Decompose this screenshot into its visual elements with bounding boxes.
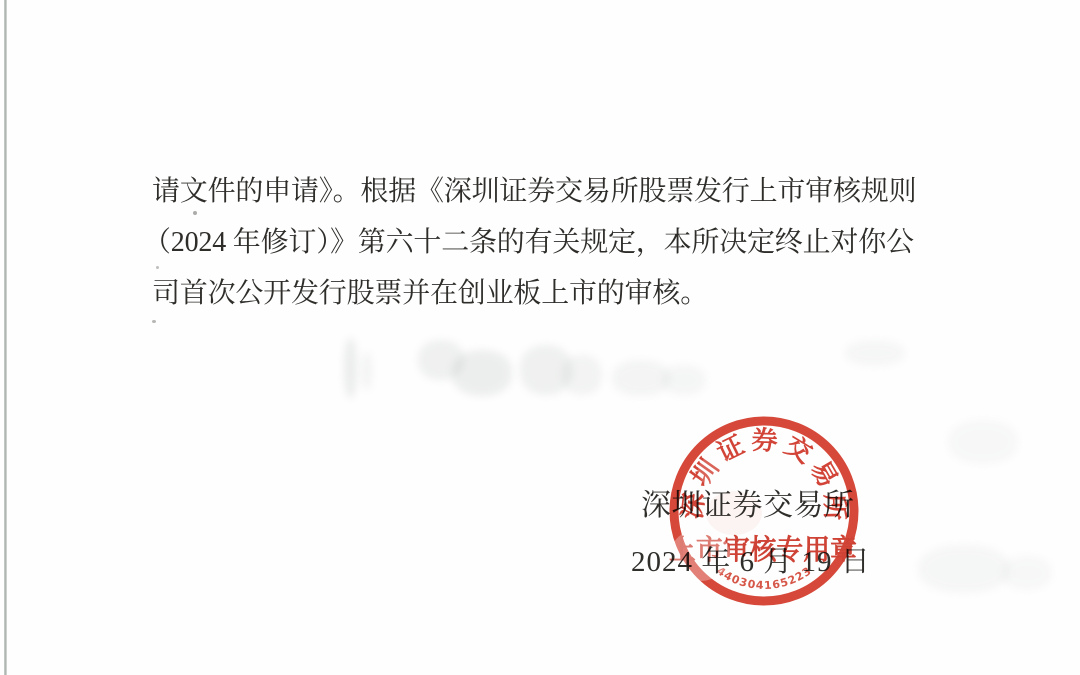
bleed-through-artifact (1002, 556, 1052, 590)
seal-graphic: 深圳证券交易所 上市审核专用章 4403041652236 (664, 413, 864, 613)
body-line: 请文件的申请》。根据《深圳证券交易所股票发行上市审核规则 (152, 166, 962, 217)
body-line: （2024 年修订）》第六十二条的有关规定，本所决定终止对你公 (143, 217, 962, 268)
scanned-document-page: 请文件的申请》。根据《深圳证券交易所股票发行上市审核规则 （2024 年修订）》… (0, 0, 1080, 675)
bleed-through-artifact (918, 545, 1010, 593)
body-line: 司首次公开发行股票并在创业板上市的审核。 (152, 268, 962, 319)
bleed-through-artifact (662, 365, 706, 395)
bleed-through-artifact (845, 340, 905, 366)
document-body: 请文件的申请》。根据《深圳证券交易所股票发行上市审核规则 （2024 年修订）》… (152, 166, 962, 319)
bleed-through-artifact (344, 338, 357, 398)
seal-fade-patch (670, 529, 730, 581)
official-seal: 深圳证券交易所 上市审核专用章 4403041652236 (664, 413, 864, 613)
bleed-through-artifact (452, 350, 512, 396)
bleed-through-artifact (562, 355, 602, 395)
seal-fade-patch (698, 455, 734, 487)
bleed-through-artifact (362, 352, 372, 390)
page-edge-line (4, 0, 7, 675)
seal-ink-smudge (706, 491, 762, 535)
scan-speck (152, 320, 156, 323)
bleed-through-artifact (948, 420, 1018, 464)
